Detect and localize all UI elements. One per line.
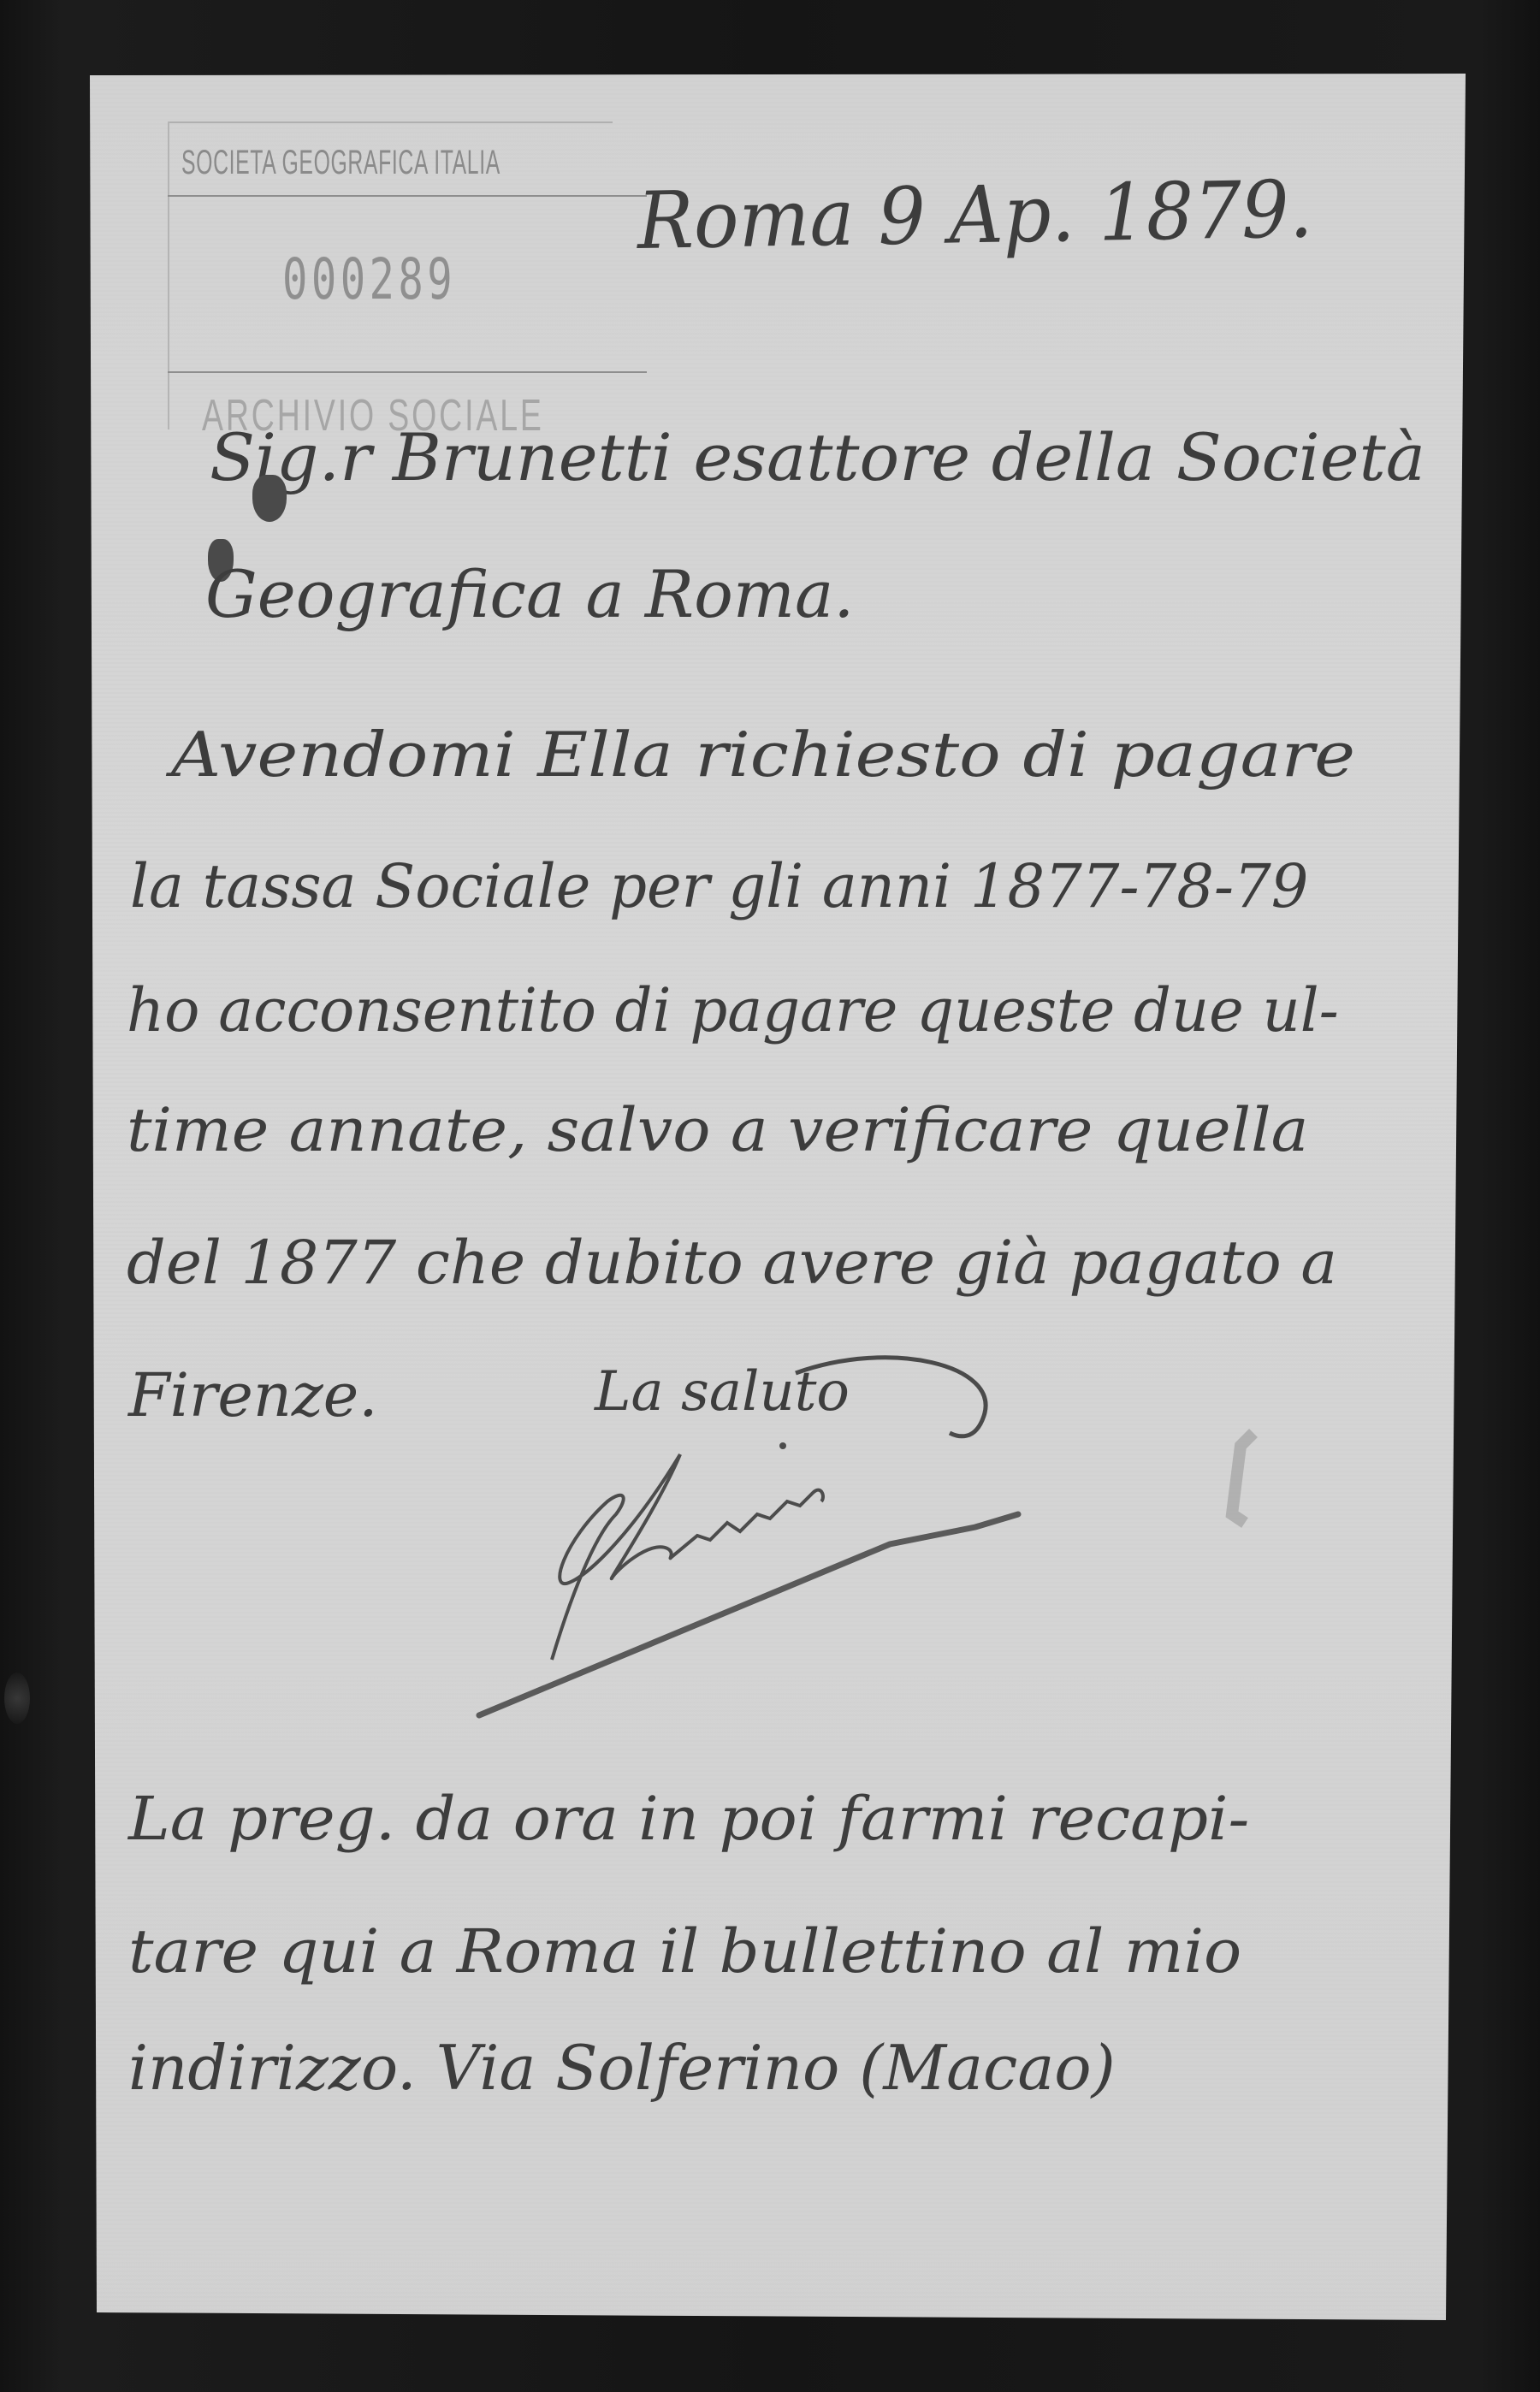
stamp-mid-rule xyxy=(168,195,647,197)
body-line-3: ho acconsentito di pagare queste due ul- xyxy=(127,975,1339,1045)
salutation-line-2: Geografica a Roma. xyxy=(205,556,854,632)
scanned-document: SOCIETA GEOGRAFICA ITALIA 000289 ARCHIVI… xyxy=(0,0,1540,2392)
stamp-bottom-rule xyxy=(168,371,647,373)
body-line-6: Firenze. xyxy=(128,1360,377,1430)
postscript-line-2: tare qui a Roma il bullettino al mio xyxy=(128,1916,1241,1986)
salutation-line-1: Sig.r Brunetti esattore della Società xyxy=(210,419,1425,495)
body-line-1: Avendomi Ella richiesto di pagare xyxy=(171,719,1355,790)
body-line-4: time annate, salvo a verificare quella xyxy=(127,1095,1308,1165)
stamp-top-rule xyxy=(168,121,613,123)
ink-blot xyxy=(252,475,287,522)
stamp-left-rule xyxy=(168,121,169,429)
postscript-line-1: La preg. da ora in poi farmi recapi- xyxy=(128,1784,1249,1854)
body-line-2: la tassa Sociale per gli anni 1877-78-79 xyxy=(130,851,1308,921)
stamp-number: 000289 xyxy=(282,246,456,312)
signature-text: G. Sonnino xyxy=(650,1454,1077,1544)
stamp-organization: SOCIETA GEOGRAFICA ITALIA xyxy=(181,144,500,182)
edge-mark xyxy=(4,1673,30,1724)
archive-stamp: SOCIETA GEOGRAFICA ITALIA 000289 ARCHIVI… xyxy=(168,118,647,435)
dateline: Roma 9 Ap. 1879. xyxy=(637,163,1313,267)
body-line-5: del 1877 che dubito avere già pagato a xyxy=(127,1228,1337,1298)
postscript-line-3: indirizzo. Via Solferino (Macao) xyxy=(128,2032,1116,2104)
